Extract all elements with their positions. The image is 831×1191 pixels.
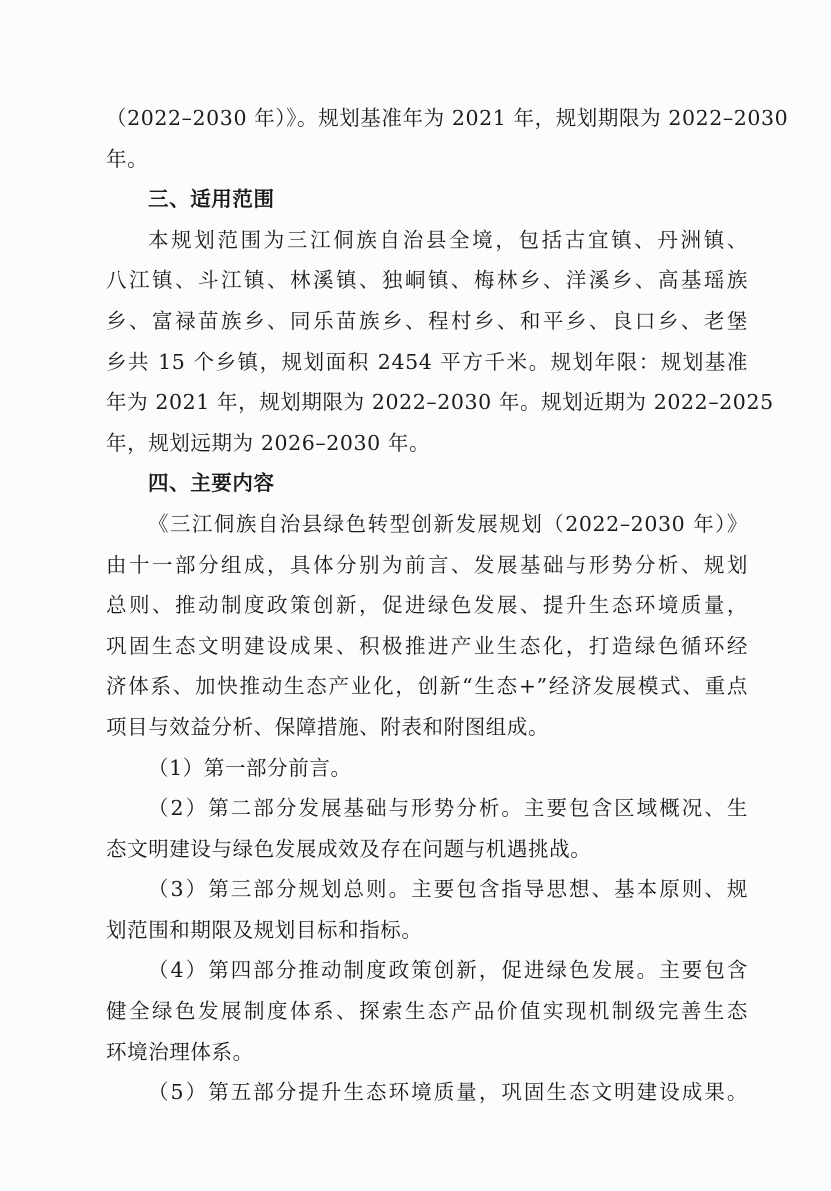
text-line: 《三江侗族自治县绿色转型创新发展规划（2022–2030 年）》 <box>106 504 748 545</box>
text-line: 环境治理体系。 <box>106 1032 748 1073</box>
text-line: 本规划范围为三江侗族自治县全境，包括古宜镇、丹洲镇、 <box>106 220 748 261</box>
section-heading-scope: 三、适用范围 <box>106 179 748 220</box>
text-line: （2022–2030 年）》。规划基准年为 2021 年，规划期限为 2022–… <box>106 98 748 139</box>
text-line: 乡共 15 个乡镇，规划面积 2454 平方千米。规划年限：规划基准 <box>106 342 748 383</box>
document-page: （2022–2030 年）》。规划基准年为 2021 年，规划期限为 2022–… <box>106 98 748 1113</box>
text-line: 划范围和期限及规划目标和指标。 <box>106 910 748 951</box>
text-line: 态文明建设与绿色发展成效及存在问题与机遇挑战。 <box>106 829 748 870</box>
text-line: 总则、推动制度政策创新，促进绿色发展、提升生态环境质量， <box>106 585 748 626</box>
text-line: （4）第四部分推动制度政策创新，促进绿色发展。主要包含 <box>106 950 748 991</box>
text-line: （1）第一部分前言。 <box>106 748 748 789</box>
list-item-part-4: （4）第四部分推动制度政策创新，促进绿色发展。主要包含 健全绿色发展制度体系、探… <box>106 950 748 1072</box>
text-line: 济体系、加快推动生态产业化，创新“生态+”经济发展模式、重点 <box>106 666 748 707</box>
text-line: 年为 2021 年，规划期限为 2022–2030 年。规划近期为 2022–2… <box>106 382 748 423</box>
text-line: （5）第五部分提升生态环境质量，巩固生态文明建设成果。 <box>106 1072 748 1113</box>
text-line: （3）第三部分规划总则。主要包含指导思想、基本原则、规 <box>106 869 748 910</box>
text-line: 由十一部分组成，具体分别为前言、发展基础与形势分析、规划 <box>106 545 748 586</box>
paragraph-planning-period-continuation: （2022–2030 年）》。规划基准年为 2021 年，规划期限为 2022–… <box>106 98 748 179</box>
list-item-part-2: （2）第二部分发展基础与形势分析。主要包含区域概况、生 态文明建设与绿色发展成效… <box>106 788 748 869</box>
text-line: 八江镇、斗江镇、林溪镇、独峒镇、梅林乡、洋溪乡、高基瑶族 <box>106 260 748 301</box>
text-line: 健全绿色发展制度体系、探索生态产品价值实现机制级完善生态 <box>106 991 748 1032</box>
text-line: 年。 <box>106 139 748 180</box>
paragraph-scope: 本规划范围为三江侗族自治县全境，包括古宜镇、丹洲镇、 八江镇、斗江镇、林溪镇、独… <box>106 220 748 464</box>
text-line: 项目与效益分析、保障措施、附表和附图组成。 <box>106 707 748 748</box>
list-item-part-3: （3）第三部分规划总则。主要包含指导思想、基本原则、规 划范围和期限及规划目标和… <box>106 869 748 950</box>
text-line: 巩固生态文明建设成果、积极推进产业生态化，打造绿色循环经 <box>106 626 748 667</box>
list-item-part-5: （5）第五部分提升生态环境质量，巩固生态文明建设成果。 <box>106 1072 748 1113</box>
text-line: 乡、富禄苗族乡、同乐苗族乡、程村乡、和平乡、良口乡、老堡 <box>106 301 748 342</box>
paragraph-main-content-overview: 《三江侗族自治县绿色转型创新发展规划（2022–2030 年）》 由十一部分组成… <box>106 504 748 748</box>
text-line: （2）第二部分发展基础与形势分析。主要包含区域概况、生 <box>106 788 748 829</box>
section-heading-main-content: 四、主要内容 <box>106 463 748 504</box>
list-item-part-1: （1）第一部分前言。 <box>106 748 748 789</box>
text-line: 年，规划远期为 2026–2030 年。 <box>106 423 748 464</box>
